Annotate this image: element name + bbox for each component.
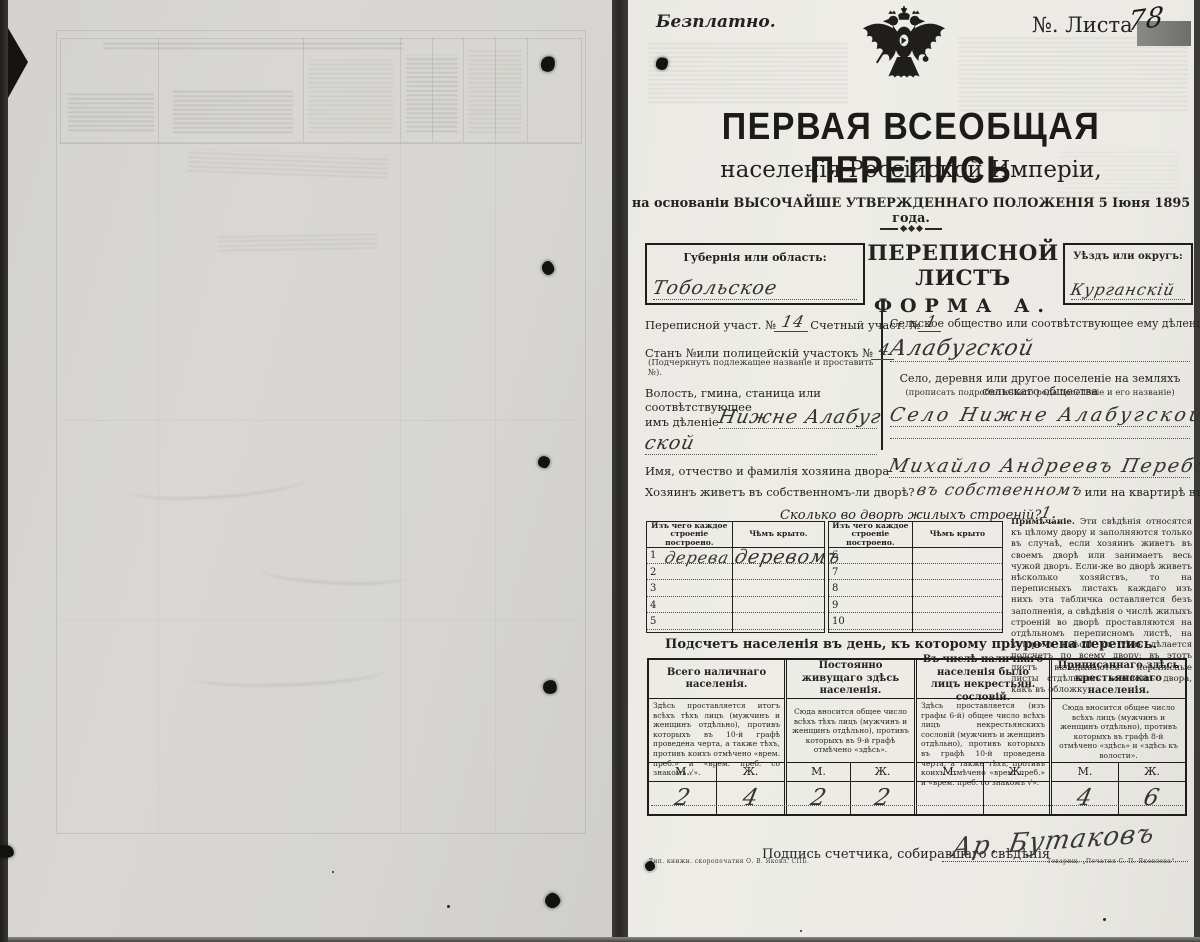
building-row: 8 — [829, 581, 1002, 598]
female-header: Ж. — [983, 763, 1050, 781]
column-divider — [881, 312, 883, 450]
book-gutter — [612, 0, 628, 942]
volost-value-line2: ской — [643, 432, 697, 454]
female-count: 4 — [740, 785, 761, 811]
group-title: Всего наличнаго населенія. — [649, 660, 784, 698]
building-row: 5 — [647, 614, 824, 631]
male-count: 2 — [808, 785, 829, 811]
census-form-scan: Безплатно. — [0, 0, 1200, 942]
printer-imprint-right: Товарищ. „Печатня С. П. Яковлева“. — [1047, 858, 1177, 865]
building-row: 3 — [647, 581, 824, 598]
form-title-line1: ПЕРЕПИСНОЙ ЛИСТЪ — [866, 241, 1060, 291]
underline-instruction: (Подчеркнуть подлежащее названіе и прост… — [648, 358, 878, 378]
building-row: 9 — [829, 598, 1002, 615]
census-group-nonpeasant: Въ числѣ наличнаго населенія было лицъ н… — [914, 660, 1049, 814]
col-roof-header: Чѣмъ крыто. — [733, 522, 824, 547]
census-group-registered: Приписаннаго здѣсь крестьянскаго населен… — [1049, 660, 1185, 814]
male-header: М. — [1052, 763, 1118, 781]
ink-speck — [447, 905, 450, 908]
volost-line-2: ской — [645, 432, 877, 455]
page-subtitle: населенія Россійской Имперіи, — [628, 157, 1194, 183]
volost-label-line2: имъ дѣленіе — [645, 415, 719, 429]
female-header: Ж. — [716, 763, 784, 781]
householder-name-label: Имя, отчество и фамилія хозяина двора — [645, 464, 889, 478]
free-of-charge-label: Безплатно. — [656, 12, 776, 32]
volost-value-line1: Нижне Алабуг — [717, 406, 884, 428]
printer-imprint-left: Тип. книжн. скоропечатня О. В. Яковл. СП… — [649, 858, 809, 865]
selo-empty-line — [890, 436, 1190, 439]
society-line: Сельское общество или соотвѣтствующее ем… — [890, 310, 1190, 330]
ink-speck — [905, 228, 907, 230]
group-desc: Сюда вносится общее число всѣхъ тѣхъ лиц… — [787, 698, 914, 762]
female-count: 6 — [1141, 785, 1162, 811]
group-desc: Здѣсь проставляется итогъ всѣхъ тѣхъ лиц… — [649, 698, 784, 762]
own-question-1: Хозяинъ живетъ въ собственномъ-ли дворѣ? — [645, 485, 915, 499]
buildings-table-left: Изъ чего каждое строеніе построено. Чѣмъ… — [646, 521, 825, 633]
female-count: 2 — [872, 785, 893, 811]
bleed-table-band — [60, 38, 582, 144]
own-question-2: или на квартирѣ въ чужомъ дворѣ? — [1085, 485, 1200, 499]
uezd-value: Курганскій — [1069, 280, 1177, 299]
precinct-value-1a: 14 — [774, 312, 813, 332]
volost-line: имъ дѣленіе Нижне Алабуг — [645, 406, 877, 429]
guberniya-value: Тобольское — [651, 277, 780, 299]
col-material-header: Изъ чего каждое строеніе построено. — [829, 522, 913, 547]
male-count: 2 — [672, 785, 693, 811]
scan-left-edge — [0, 0, 8, 942]
statute-line: на основаніи ВЫСОЧАЙШЕ УТВЕРЖДЕННАГО ПОЛ… — [628, 196, 1194, 226]
selo-sublabel: (прописать подробно какого рода поселені… — [890, 388, 1190, 398]
householder-name-value: Михайло Андреевъ Перебаскинъ — [887, 455, 1200, 477]
ink-speck — [800, 930, 802, 932]
ink-speck — [332, 871, 334, 873]
female-header: Ж. — [850, 763, 914, 781]
building-material-value: дерева — [663, 548, 731, 567]
col-roof-header: Чѣмъ крыто — [913, 522, 1002, 547]
precinct-line-1: Переписной участ. № 14 Счетный участ. № … — [645, 312, 877, 332]
group-desc: Здѣсь проставляется (изъ графы 6-й) обще… — [917, 698, 1049, 762]
group-desc: Сюда вносится общее число всѣхъ лицъ (му… — [1052, 698, 1185, 762]
building-row: 7 — [829, 565, 1002, 582]
census-count-table: Всего наличнаго населенія. Здѣсь простав… — [647, 658, 1187, 816]
precinct-line-2: Станъ № или полицейскій участокъ № 4 — [645, 340, 877, 360]
guberniya-label: Губернія или область: — [647, 251, 863, 264]
guberniya-box: Губернія или область: Тобольское — [645, 243, 865, 305]
male-header: М. — [917, 763, 983, 781]
householder-own-line: Хозяинъ живетъ въ собственномъ-ли дворѣ?… — [645, 480, 1190, 499]
uezd-box: Уѣздъ или округъ: Курганскій — [1063, 243, 1193, 305]
householder-name-line: Имя, отчество и фамилія хозяина двора Ми… — [645, 455, 1190, 478]
selo-line: Село Нижне Алабугской — [890, 404, 1190, 427]
sheet-number-label: №. Листа — [1032, 13, 1133, 37]
precinct-label-1a: Переписной участ. № — [645, 318, 776, 332]
female-header: Ж. — [1118, 763, 1185, 781]
form-title: ПЕРЕПИСНОЙ ЛИСТЪ ФОРМА А. — [866, 241, 1060, 317]
building-roof-value: деревомъ — [733, 546, 843, 568]
selo-value: Село Нижне Алабугской — [888, 404, 1200, 426]
census-group-total: Всего наличнаго населенія. Здѣсь простав… — [649, 660, 784, 814]
imperial-double-headed-eagle-icon — [850, 6, 958, 108]
sheet-number-value: 78 — [1127, 1, 1166, 38]
group-title: Въ числѣ наличнаго населенія было лицъ н… — [917, 660, 1049, 698]
society-line-2: Алабугской — [890, 336, 1190, 362]
left-page-blank — [8, 0, 612, 942]
census-count-heading: Подсчетъ населенія въ день, къ которому … — [628, 637, 1194, 652]
bleed-frame — [56, 30, 586, 834]
note-title: Примѣчаніе. — [1011, 517, 1075, 527]
group-title: Приписаннаго здѣсь крестьянскаго населен… — [1052, 660, 1185, 698]
male-header: М. — [787, 763, 850, 781]
scan-bottom-edge — [8, 937, 1200, 942]
society-value-line2: Алабугской — [887, 336, 1036, 361]
ink-speck — [1103, 918, 1106, 921]
scan-corner-artifact — [8, 28, 28, 98]
male-header: М. — [649, 763, 716, 781]
building-row: 10 — [829, 614, 1002, 631]
census-group-permanent: Постоянно живущаго здѣсь населенія. Сюда… — [784, 660, 914, 814]
col-material-header: Изъ чего каждое строеніе построено. — [647, 522, 733, 547]
buildings-table-right: Изъ чего каждое строеніе построено. Чѣмъ… — [828, 521, 1003, 633]
uezd-label: Уѣздъ или округъ: — [1065, 251, 1191, 262]
building-row: 6 — [829, 548, 1002, 565]
group-title: Постоянно живущаго здѣсь населенія. — [787, 660, 914, 698]
ornament-divider — [880, 226, 942, 231]
male-count: 4 — [1074, 785, 1095, 811]
building-row: 4 — [647, 598, 824, 615]
own-answer: въ собственномъ — [915, 480, 1085, 499]
society-label: Сельское общество или соотвѣтствующее ем… — [890, 317, 1200, 330]
